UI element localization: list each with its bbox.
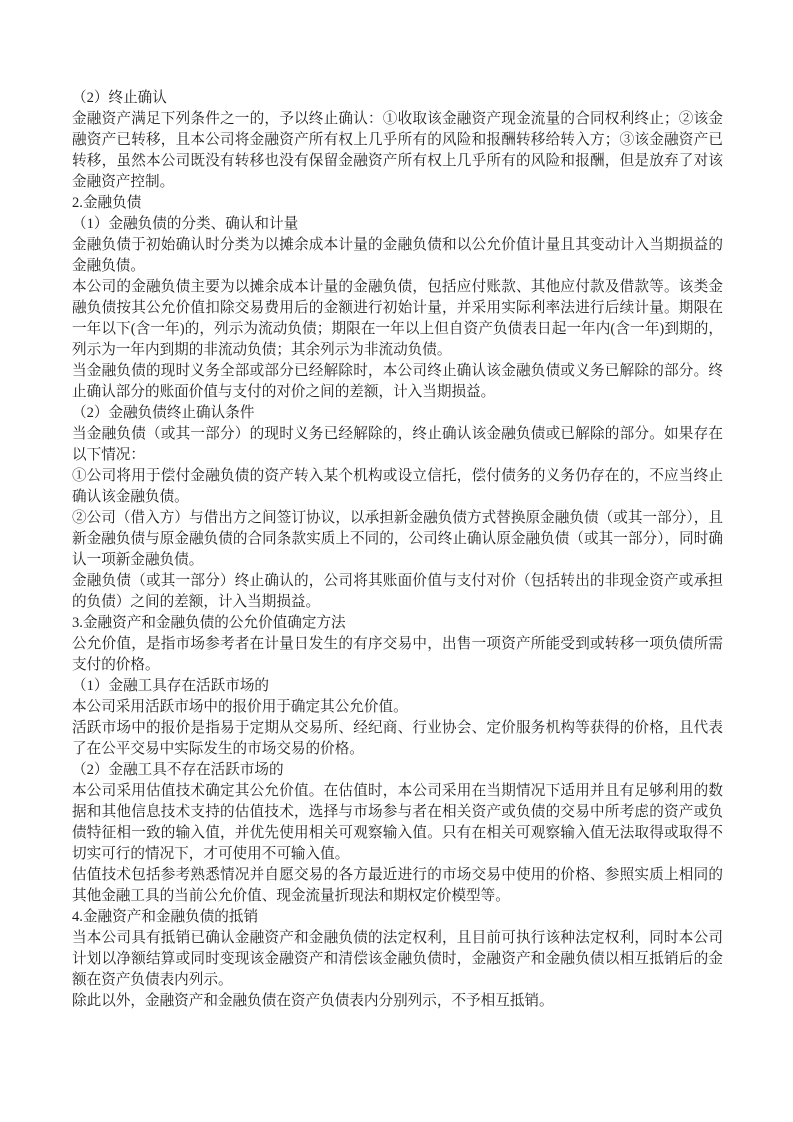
paragraph-active-market-quote: 本公司采用活跃市场中的报价用于确定其公允价值。 — [72, 697, 723, 718]
paragraph-offsetting-conditions: 当本公司具有抵销已确认金融资产和金融负债的法定权利，且目前可执行该种法定权利，同… — [72, 928, 723, 991]
document-page: （2）终止确认 金融资产满足下列条件之一的，予以终止确认：①收取该金融资产现金流… — [0, 0, 793, 1122]
paragraph-no-offsetting: 除此以外，金融资产和金融负债在资产负债表内分别列示，不予相互抵销。 — [72, 991, 723, 1012]
paragraph-derecognition-difference: 金融负债（或其一部分）终止确认的，公司将其账面价值与支付对价（包括转出的非现金资… — [72, 571, 723, 613]
paragraph-valuation-examples: 估值技术包括参考熟悉情况并自愿交易的各方最近进行的市场交易中使用的价格、参照实质… — [72, 865, 723, 907]
paragraph-criteria-item2: ②公司（借入方）与借出方之间签订协议，以承担新金融负债方式替换原金融负债（或其一… — [72, 508, 723, 571]
subheading-derecognition: （2）终止确认 — [72, 88, 723, 109]
subheading-no-active-market: （2）金融工具不存在活跃市场的 — [72, 760, 723, 781]
paragraph-valuation-technique: 本公司采用估值技术确定其公允价值。在估值时，本公司采用在当期情况下适用并且有足够… — [72, 781, 723, 865]
paragraph-obligation-released: 当金融负债的现时义务全部或部分已经解除时，本公司终止确认该金融负债或义务已解除的… — [72, 361, 723, 403]
subheading-active-market: （1）金融工具存在活跃市场的 — [72, 676, 723, 697]
heading-fair-value-method: 3.金融资产和金融负债的公允价值确定方法 — [72, 613, 723, 634]
heading-financial-liabilities: 2.金融负债 — [72, 193, 723, 214]
paragraph-criteria-item1: ①公司将用于偿付金融负债的资产转入某个机构或设立信托，偿付债务的义务仍存在的，不… — [72, 466, 723, 508]
document-text-block: （2）终止确认 金融资产满足下列条件之一的，予以终止确认：①收取该金融资产现金流… — [72, 88, 723, 1012]
subheading-classification: （1）金融负债的分类、确认和计量 — [72, 214, 723, 235]
paragraph-amortized-cost: 本公司的金融负债主要为以摊余成本计量的金融负债，包括应付账款、其他应付款及借款等… — [72, 277, 723, 361]
paragraph-fair-value-definition: 公允价值，是指市场参考者在计量日发生的有序交易中，出售一项资产所能受到或转移一项… — [72, 634, 723, 676]
paragraph-active-market-definition: 活跃市场中的报价是指易于定期从交易所、经纪商、行业协会、定价服务机构等获得的价格… — [72, 718, 723, 760]
paragraph-criteria-intro: 当金融负债（或其一部分）的现时义务已经解除的，终止确认该金融负债或已解除的部分。… — [72, 424, 723, 466]
paragraph-initial-classification: 金融负债于初始确认时分类为以摊余成本计量的金融负债和以公允价值计量且其变动计入当… — [72, 235, 723, 277]
paragraph-derecognition-conditions: 金融资产满足下列条件之一的，予以终止确认：①收取该金融资产现金流量的合同权利终止… — [72, 109, 723, 193]
subheading-derecognition-criteria: （2）金融负债终止确认条件 — [72, 403, 723, 424]
heading-offsetting: 4.金融资产和金融负债的抵销 — [72, 907, 723, 928]
